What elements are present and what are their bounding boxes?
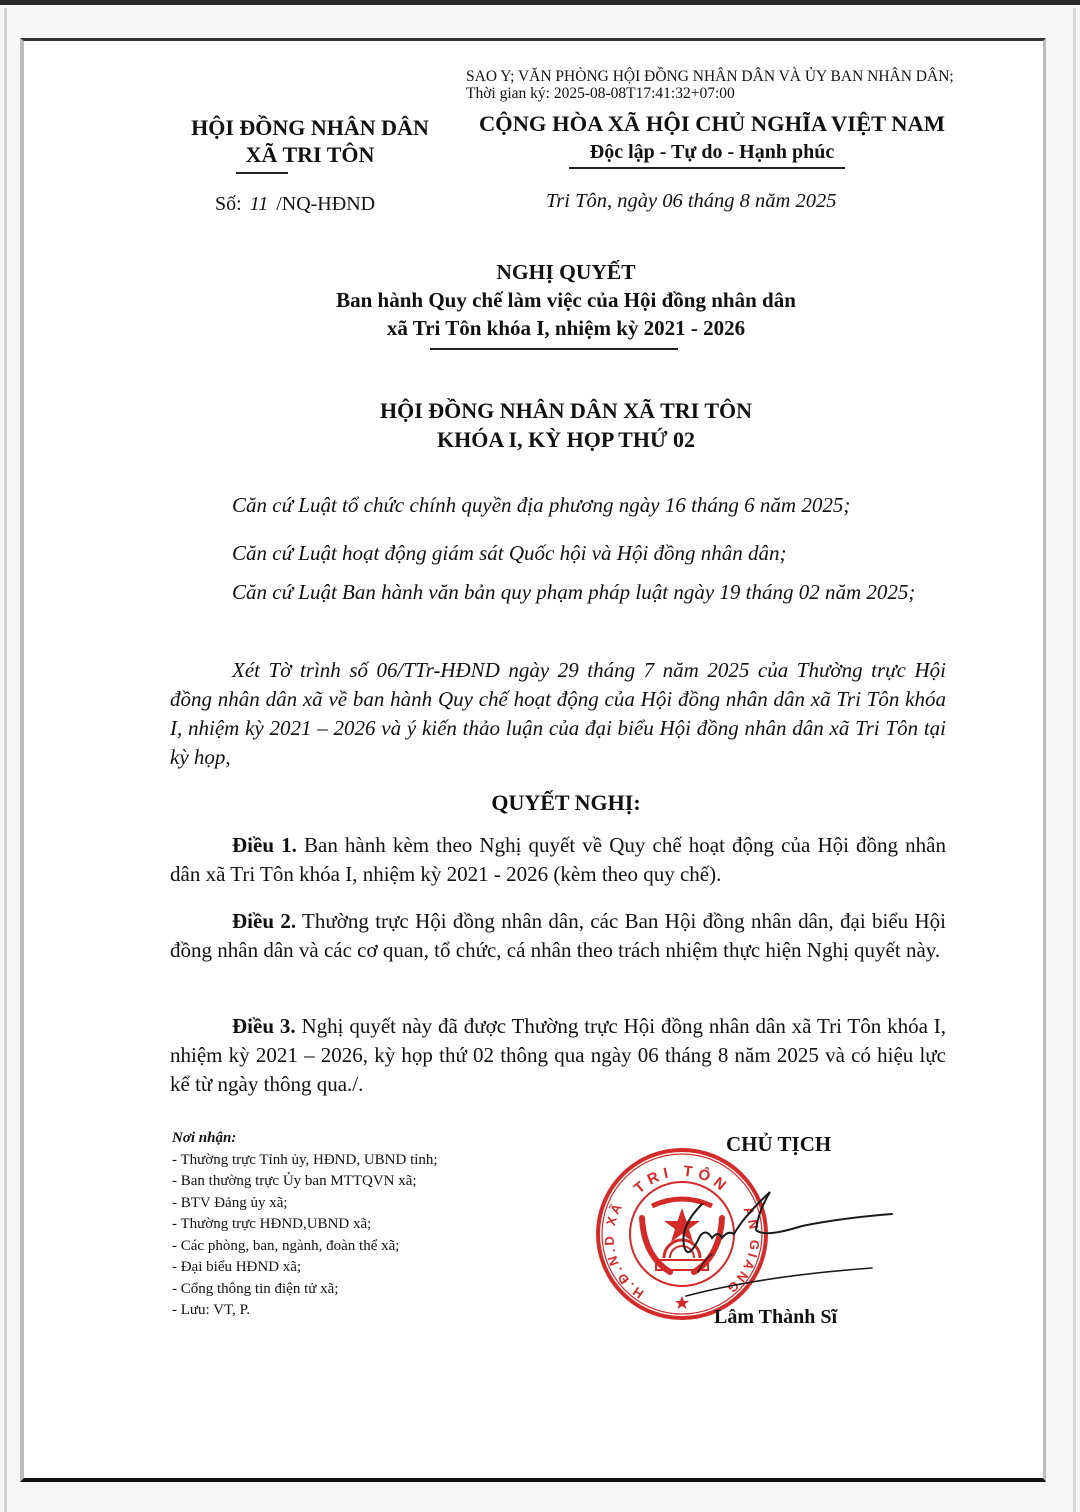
council-line-1: HỘI ĐỒNG NHÂN DÂN XÃ TRI TÔN [170,396,962,425]
recipient-item: - Thường trực Tỉnh ủy, HĐND, UBND tỉnh; [172,1150,438,1172]
article-2: Điều 2. Thường trực Hội đồng nhân dân, c… [170,907,946,965]
signature-copy-line: SAO Y; VĂN PHÒNG HỘI ĐỒNG NHÂN DÂN VÀ ỦY… [466,68,954,85]
motto-underline [569,167,845,169]
recipient-item: - Ban thường trực Ủy ban MTTQVN xã; [172,1171,438,1193]
org-line-2: XÃ TRI TÔN [170,141,450,168]
national-motto: Độc lập - Tự do - Hạnh phúc [462,138,962,166]
recipients-list: Nơi nhận: - Thường trực Tỉnh ủy, HĐND, U… [172,1128,438,1322]
article-1: Điều 1. Ban hành kèm theo Nghị quyết về … [170,831,946,889]
title-underline [430,348,678,350]
national-header: CỘNG HÒA XÃ HỘI CHỦ NGHĨA VIỆT NAM Độc l… [462,110,962,166]
document-type: NGHỊ QUYẾT [170,258,962,286]
recipient-item: - Các phòng, ban, ngành, đoàn thể xã; [172,1236,438,1258]
article-1-label: Điều 1. [232,833,297,857]
title-line-2: xã Tri Tôn khóa I, nhiệm kỳ 2021 - 2026 [170,314,962,342]
council-heading: HỘI ĐỒNG NHÂN DÂN XÃ TRI TÔN KHÓA I, KỲ … [170,396,962,454]
issuing-organization: HỘI ĐỒNG NHÂN DÂN XÃ TRI TÔN [170,114,450,168]
handwritten-signature-icon [672,1176,902,1316]
place-and-date: Tri Tôn, ngày 06 tháng 8 năm 2025 [546,190,836,213]
article-3-label: Điều 3. [232,1014,296,1038]
council-line-2: KHÓA I, KỲ HỌP THỨ 02 [170,425,962,454]
digital-signature-note: SAO Y; VĂN PHÒNG HỘI ĐỒNG NHÂN DÂN VÀ ỦY… [466,68,954,102]
org-underline [236,172,288,174]
doc-no-value: 11 [250,193,269,215]
svg-text:H.Đ.N.D XÃ: H.Đ.N.D XÃ [602,1199,647,1302]
org-line-1: HỘI ĐỒNG NHÂN DÂN [170,114,450,141]
preamble-3: Căn cứ Luật Ban hành văn bản quy phạm ph… [170,578,946,607]
doc-no-suffix: /NQ-HĐND [276,193,375,215]
preamble-4: Xét Tờ trình số 06/TTr-HĐND ngày 29 thán… [170,656,946,772]
signature-time-line: Thời gian ký: 2025-08-08T17:41:32+07:00 [466,85,954,102]
recipients-heading: Nơi nhận: [172,1128,438,1150]
doc-no-label: Số: [215,193,242,215]
decision-heading: QUYẾT NGHỊ: [170,790,962,816]
recipient-item: - BTV Đảng ủy xã; [172,1193,438,1215]
preamble-1: Căn cứ Luật tổ chức chính quyền địa phươ… [170,491,946,520]
recipient-item: - Lưu: VT, P. [172,1300,438,1322]
nation-name: CỘNG HÒA XÃ HỘI CHỦ NGHĨA VIỆT NAM [462,110,962,138]
recipient-item: - Đại biểu HĐND xã; [172,1257,438,1279]
recipient-item: - Cổng thông tin điện tử xã; [172,1279,438,1301]
article-3: Điều 3. Nghị quyết này đã được Thường tr… [170,1012,946,1099]
signer-name: Lâm Thành Sĩ [714,1306,837,1329]
recipient-item: - Thường trực HĐND,UBND xã; [172,1214,438,1236]
viewer-left-edge [4,8,7,1512]
title-line-1: Ban hành Quy chế làm việc của Hội đồng n… [170,286,962,314]
top-status-bar [0,0,1080,5]
document-title: NGHỊ QUYẾT Ban hành Quy chế làm việc của… [170,258,962,342]
article-2-label: Điều 2. [232,909,296,933]
preamble-2: Căn cứ Luật hoạt động giám sát Quốc hội … [170,539,946,568]
viewer-right-edge [1073,8,1076,1512]
document-number: Số:11/NQ-HĐND [215,193,375,216]
